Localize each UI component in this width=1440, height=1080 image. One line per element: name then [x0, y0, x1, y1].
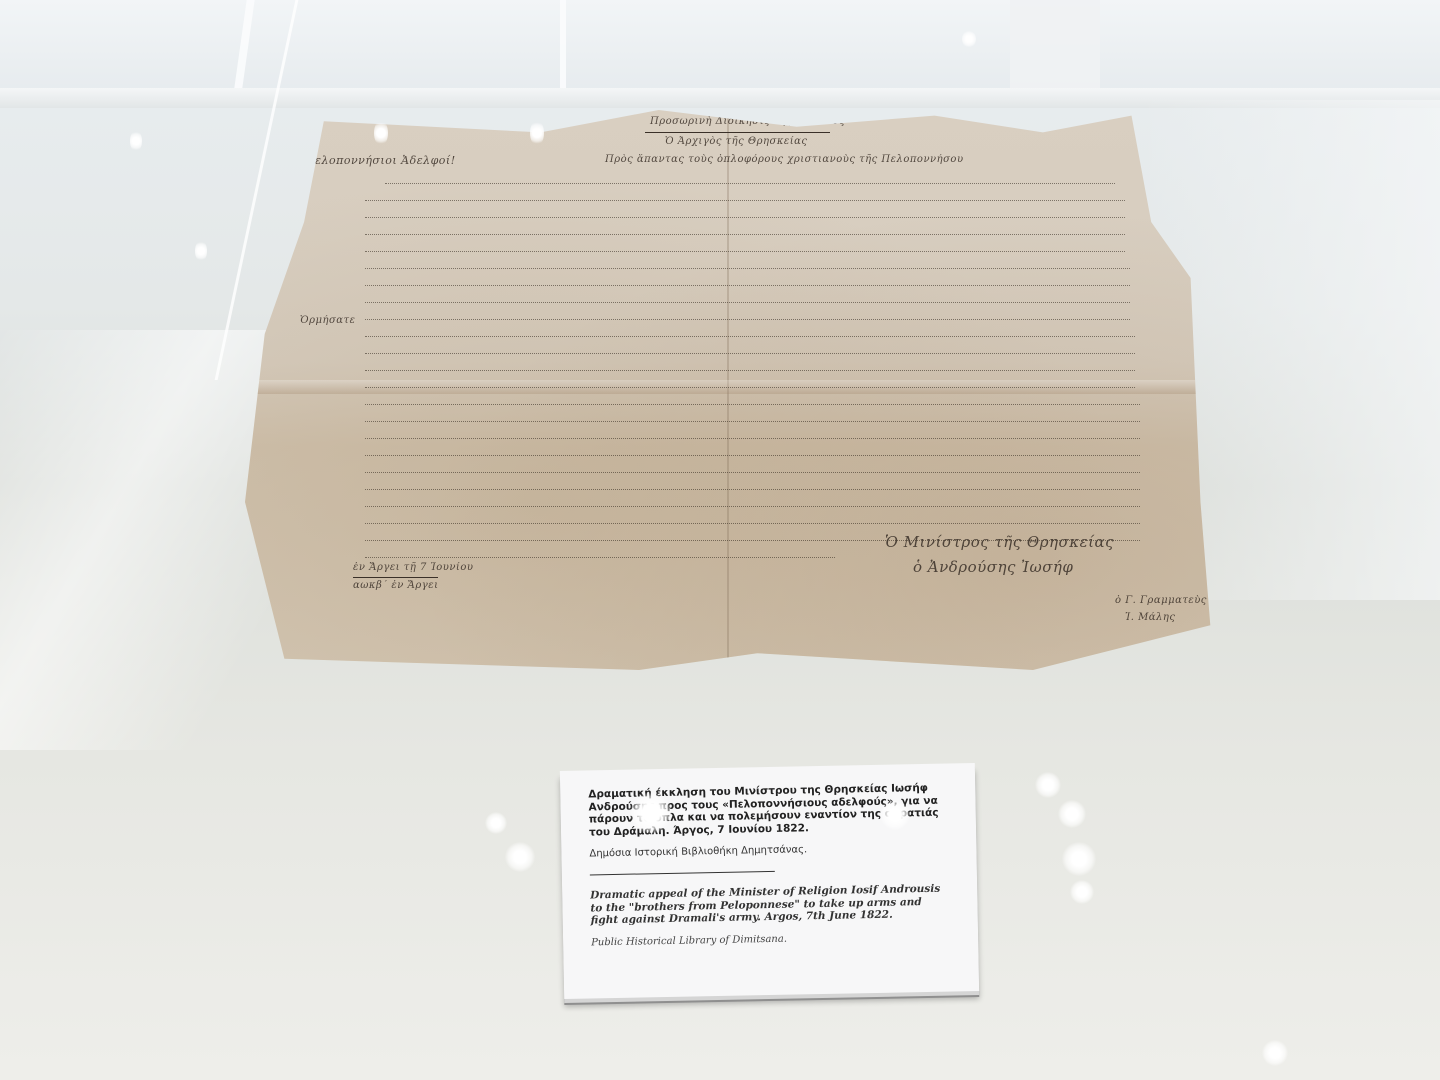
manuscript-margin-note: Ὁρμήσατε — [300, 315, 355, 326]
header-underline — [645, 132, 830, 133]
light-glare — [1062, 842, 1096, 876]
label-english-title: Dramatic appeal of the Minister of Relig… — [590, 883, 952, 927]
date-underline — [353, 577, 438, 578]
light-glare — [962, 30, 976, 48]
light-glare — [505, 842, 535, 872]
secretary-line-1: ὁ Γ. Γραμματεὺς — [1115, 595, 1207, 606]
label-english-source: Public Historical Library of Dimitsana. — [591, 930, 952, 948]
label-greek-source: Δημόσια Ιστορική Βιβλιοθήκη Δημητσάνας. — [589, 842, 950, 860]
light-glare — [130, 130, 142, 152]
light-glare — [880, 800, 910, 830]
light-glare — [195, 240, 207, 262]
manuscript-header-2: Ὁ Ἀρχιγὸς τῆς Θρησκείας — [665, 136, 808, 147]
secretary-line-2: Ἰ. Μάλης — [1125, 612, 1176, 623]
window-reflection — [0, 0, 1440, 95]
manuscript-document: Προσωρινὴ Διοίκησις τῆς Ἑλλάδος Ὁ Ἀρχιγὸ… — [245, 110, 1230, 670]
manuscript-date-line: ἐν Ἄργει τῇ 7 Ἰουνίου — [353, 562, 473, 573]
window-mullion — [560, 0, 566, 95]
light-glare — [374, 120, 388, 146]
light-glare — [485, 812, 507, 834]
light-glare — [1070, 880, 1094, 904]
light-glare — [1035, 772, 1061, 798]
label-divider — [590, 871, 775, 876]
light-glare — [1058, 800, 1086, 828]
manuscript-place-line: αωκβ΄ ἐν Ἄργει — [353, 580, 439, 591]
signature-title: Ὁ Μινίστρος τῆς Θρησκείας — [885, 533, 1114, 551]
light-glare — [1262, 1040, 1288, 1066]
manuscript-salutation: Πελοποννήσιοι Ἀδελφοί! — [305, 154, 456, 167]
light-glare — [530, 120, 544, 146]
signature-name: ὁ Ἀνδρούσης Ἰωσήφ — [913, 558, 1073, 576]
light-glare — [630, 792, 672, 834]
window-mullion — [1010, 0, 1100, 95]
manuscript-header-1: Προσωρινὴ Διοίκησις τῆς Ἑλλάδος — [650, 116, 845, 127]
manuscript-header-3: Πρὸς ἅπαντας τοὺς ὁπλοφόρους χριστιανοὺς… — [605, 154, 964, 165]
exhibit-label-card: Δραματική έκκληση του Μινίστρου της Θρησ… — [560, 763, 979, 999]
